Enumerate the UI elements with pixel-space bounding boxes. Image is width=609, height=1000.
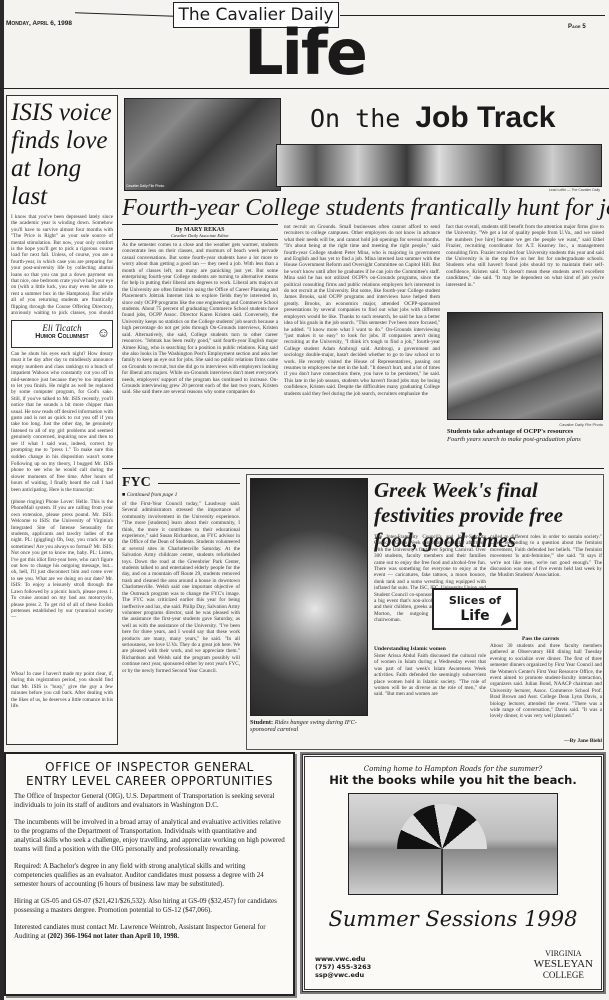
bungee-swing-photo: [250, 478, 368, 716]
walking-feet-photo: [276, 144, 602, 187]
oig-para-2: The incumbents will be involved in a bro…: [14, 818, 285, 854]
vwc-headline: Hit the books while you hit the beach.: [305, 773, 601, 787]
greek-byline: —By Jane Biehl: [540, 738, 602, 744]
greek-col-2b: About 30 students and three faculty memb…: [490, 643, 602, 735]
isis-transcript: (phone ringing) Phone Lover: Hello. This…: [11, 499, 113, 665]
vwc-website-link[interactable]: www.vwc.edu: [315, 955, 371, 963]
masthead: Monday, April 6, 1998 The Cavalier Daily…: [0, 0, 609, 95]
library-photo: [124, 98, 281, 191]
masthead-page: Page 5: [568, 24, 586, 30]
oig-title-line-2: Entry Level Career Opportunities: [14, 774, 285, 788]
vwc-logo: Virginia Wesleyan College: [534, 948, 593, 981]
columnist-box: Eli Ticatch Humor Columnist ☺: [11, 320, 113, 348]
greek-subhead-2: Pass the carrots: [522, 636, 559, 642]
greek-col-1b: Sister Arissa Abdul Faith discussed the …: [374, 653, 486, 715]
fyc-continued: ■ Continued from page 1: [122, 492, 177, 498]
masthead-bottom-rule: [0, 88, 609, 89]
vwc-sessions: Summer Sessions 1998: [305, 907, 601, 931]
ocpp-office-photo: [447, 312, 603, 420]
job-byline-block: By MARY REKAS Cavalier Daily Associate E…: [122, 224, 278, 240]
vwc-contact: www.vwc.edu (757) 455-3263 ssp@vwc.edu: [315, 955, 371, 979]
job-article-col-3: fact that overall, students still benefi…: [446, 224, 604, 310]
job-article-col-2: not recruit on Grounds. Small businesses…: [284, 224, 440, 462]
bungee-caption-bold: Student:: [250, 719, 273, 726]
isis-body-1: Can he shuts his eyes each night? How dr…: [11, 351, 113, 459]
byline-bottom-rule: [122, 239, 278, 240]
masthead-left-rule: [75, 12, 175, 16]
masthead-right-rule: [340, 15, 605, 16]
isis-body-2: Following up on my theory, I bugged Mr. …: [11, 461, 113, 497]
oig-contact-phone-deadline: (202) 366-1964 not later than April 10, …: [47, 932, 179, 940]
columnist-name: Eli Ticatch: [14, 323, 110, 333]
vwc-tagline: Coming home to Hampton Roads for the sum…: [305, 765, 601, 773]
job-headline: Fourth-year College students frantically…: [122, 194, 604, 222]
oig-title-line-1: Office of Inspector General: [14, 760, 285, 774]
vwc-email-link[interactable]: ssp@vwc.edu: [315, 971, 371, 979]
ocpp-caption-italic: Fourth years search to make post-graduat…: [447, 436, 581, 443]
isis-closing: Whoa! In case I haven't made my point cl…: [11, 671, 113, 727]
job-article-col-1: As the semester comes to a close and the…: [122, 242, 278, 462]
slices-logo-line-1: Slices of: [434, 593, 516, 608]
vwc-ad: Coming home to Hampton Roads for the sum…: [302, 754, 604, 992]
bungee-caption: Student: Rides bungee swing during IFC-s…: [250, 719, 370, 733]
slices-of-life-logo: Slices of Life: [432, 588, 518, 630]
ocpp-caption-bold: Students take advantage of OCPP's resour…: [447, 428, 573, 435]
umbrella-pole: [441, 849, 443, 895]
ocpp-photo-credit: Cavalier Daily File Photo: [447, 422, 603, 427]
smiley-face-icon: ☺: [97, 325, 110, 341]
fyc-continued-label: Continued from page 1: [127, 492, 178, 498]
greek-subhead-1: Understanding Islamic women: [374, 646, 446, 652]
vwc-logo-line-2: Wesleyan: [534, 959, 593, 970]
vwc-phone: (757) 455-3263: [315, 963, 371, 971]
greek-col-2: called to different roles in order to su…: [490, 534, 602, 584]
banner-title-light: On the: [310, 104, 400, 133]
job-byline-title: Cavalier Daily Associate Editor: [122, 233, 278, 238]
oig-para-4: Hiring at GS-05 and GS-07 ($21,421/$26,5…: [14, 897, 285, 915]
isis-column: ISIS voice finds love at long last I kno…: [6, 95, 118, 745]
fyc-heading: FYC: [122, 475, 151, 490]
beach-umbrella-photo: [348, 793, 558, 895]
fyc-heading-rule: [158, 483, 240, 484]
greek-col-2-wrap: [522, 588, 602, 630]
oig-ad: Office of Inspector General Entry Level …: [4, 752, 295, 996]
fyc-body: of the First-Year Council today," Laushw…: [122, 501, 240, 749]
walking-photo-credit: Lead Loftin — The Cavalier Daily: [500, 188, 600, 192]
isis-intro: I know that you've been depressed lately…: [11, 214, 113, 317]
oig-para-1: The Office of Inspector General (OIG), U…: [14, 792, 285, 810]
section-title: Life: [200, 18, 410, 88]
columnist-title: Humor Columnist: [14, 333, 110, 340]
isis-headline: ISIS voice finds love at long last: [11, 99, 113, 211]
job-track-banner-title: On the Job Track: [310, 103, 555, 134]
library-photo-credit: Cavalier Daily File Photo: [126, 184, 164, 188]
umbrella-icon: [397, 804, 487, 849]
job-section-bottom-rule: [122, 468, 604, 469]
masthead-date: Monday, April 6, 1998: [6, 20, 72, 27]
banner-title-bold: Job Track: [415, 101, 555, 134]
oig-para-5: Interested candiates must contact Mr. La…: [14, 923, 285, 941]
byline-top-rule: [122, 224, 278, 225]
oig-para-3: Required: A Bachelor's degree in any fie…: [14, 862, 285, 889]
fyc-heading-row: FYC: [122, 473, 240, 489]
vwc-logo-line-3: College: [534, 970, 593, 981]
